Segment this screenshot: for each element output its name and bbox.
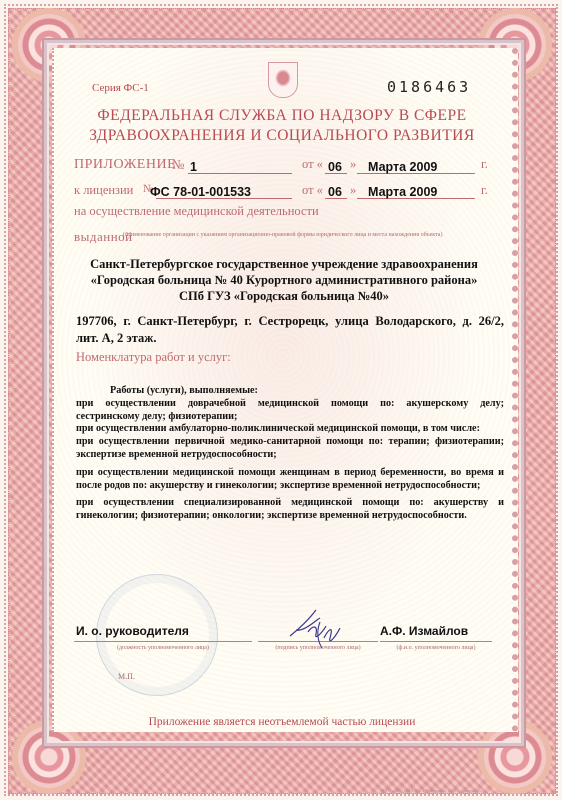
- appendix-number-sign: №: [172, 157, 184, 173]
- license-year-suffix: г.: [481, 183, 488, 198]
- issuer-title-line1: ФЕДЕРАЛЬНАЯ СЛУЖБА ПО НАДЗОРУ В СФЕРЕ: [62, 106, 502, 126]
- license-from-label: от «: [302, 183, 323, 198]
- issuer-title: ФЕДЕРАЛЬНАЯ СЛУЖБА ПО НАДЗОРУ В СФЕРЕ ЗД…: [62, 106, 502, 146]
- address-line1: 197706, г. Санкт-Петербург, г. Сестрорец…: [76, 313, 504, 330]
- issued-note: (наименование организации с указанием ор…: [123, 232, 442, 238]
- coat-of-arms-icon: [268, 62, 298, 98]
- position-caption: (должность уполномоченного лица): [74, 645, 252, 651]
- address-line2: лит. А, 2 этаж.: [76, 331, 156, 345]
- works-heading: Работы (услуги), выполняемые:: [76, 385, 504, 398]
- signatory-position: И. о. руководителя: [76, 624, 189, 638]
- appendix-from-label: от «: [302, 157, 323, 172]
- nomenclature-label: Номенклатура работ и услуг:: [76, 350, 231, 365]
- printer-info: ФГУП «ИПЦ «АТЛАС», г. Красноярск, 2008 г…: [380, 788, 482, 793]
- seal-placeholder-label: М.П.: [118, 672, 135, 681]
- appendix-number-underline: [188, 173, 292, 174]
- footer-note: Приложение является неотъемлемой частью …: [62, 716, 502, 728]
- license-day: 06: [328, 185, 342, 199]
- handwritten-signature-icon: [286, 608, 346, 650]
- appendix-month-year: Марта 2009: [368, 160, 437, 174]
- position-line: [74, 641, 252, 642]
- appendix-day: 06: [328, 160, 342, 174]
- appendix-year-suffix: г.: [481, 157, 488, 172]
- license-appendix-document: Серия ФС-1 0186463 ФЕДЕРАЛЬНАЯ СЛУЖБА ПО…: [0, 0, 562, 800]
- license-month-year: Марта 2009: [368, 185, 437, 199]
- organization-line1: Санкт-Петербургское государственное учре…: [74, 256, 494, 272]
- organization-line2: «Городская больница № 40 Курортного адми…: [74, 272, 494, 288]
- organization-name: Санкт-Петербургское государственное учре…: [74, 256, 494, 304]
- issuer-title-line2: ЗДРАВООХРАНЕНИЯ И СОЦИАЛЬНОГО РАЗВИТИЯ: [62, 126, 502, 146]
- organization-address: 197706, г. Санкт-Петербург, г. Сестрорец…: [76, 313, 504, 347]
- signatory-name: А.Ф. Измайлов: [380, 624, 468, 638]
- license-quote-close: »: [350, 183, 356, 198]
- series-label: Серия ФС-1: [92, 82, 149, 94]
- organization-line3: СПб ГУЗ «Городская больница №40»: [74, 288, 494, 304]
- works-item: при осуществлении специализированной мед…: [76, 497, 504, 523]
- works-list: Работы (услуги), выполняемые: при осущес…: [76, 385, 504, 523]
- appendix-number: 1: [190, 160, 197, 174]
- name-line: [380, 641, 492, 642]
- works-item: при осуществлении доврачебной медицинско…: [76, 398, 504, 424]
- license-number: ФС 78-01-001533: [150, 185, 251, 199]
- serial-number: 0186463: [387, 78, 471, 96]
- license-label: к лицензии: [74, 183, 133, 198]
- appendix-quote-close: »: [350, 157, 356, 172]
- works-item: при осуществлении первичной медико-санит…: [76, 436, 504, 462]
- appendix-label: ПРИЛОЖЕНИЕ: [74, 157, 176, 173]
- works-item: при осуществлении медицинской помощи жен…: [76, 467, 504, 493]
- activity-text: на осуществление медицинской деятельност…: [74, 204, 319, 219]
- works-item: при осуществлении амбулаторно-поликлинич…: [76, 423, 504, 436]
- name-caption: (ф.и.о. уполномоченного лица): [380, 645, 492, 651]
